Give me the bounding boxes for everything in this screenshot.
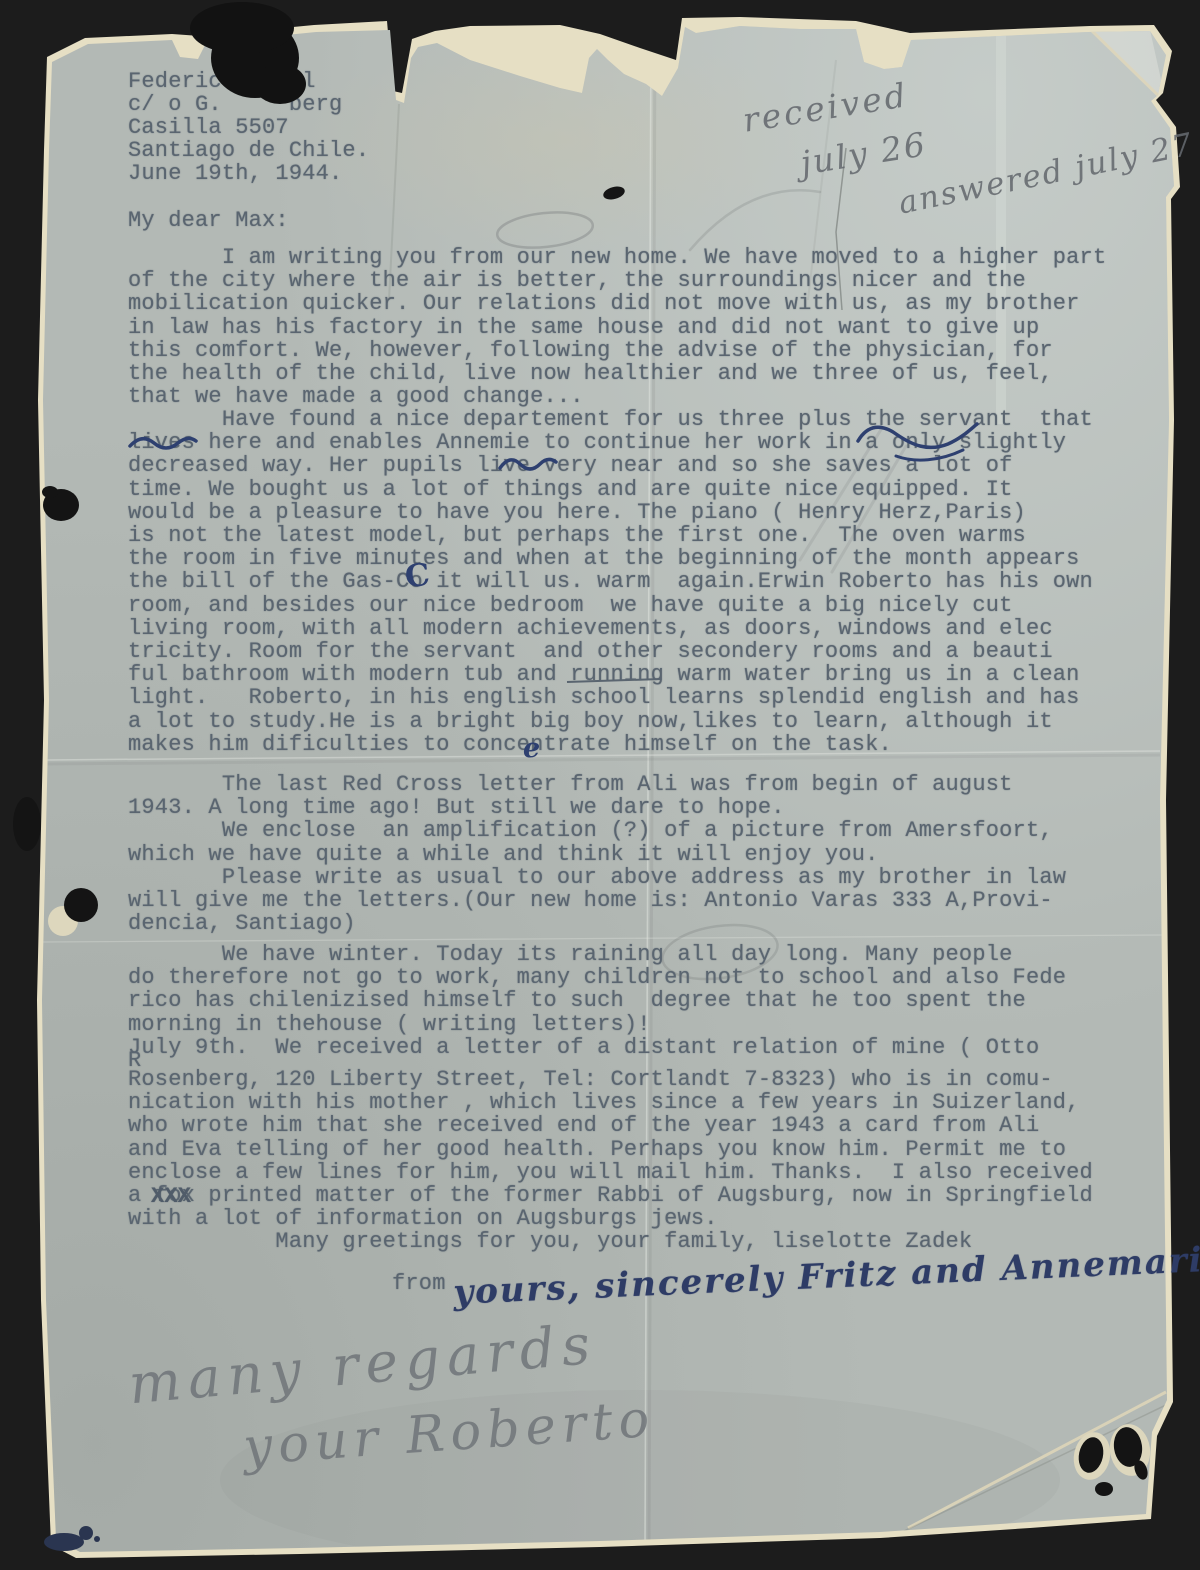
ink-correction-c: C — [403, 557, 431, 595]
received-note-line3: answered july 27 — [895, 126, 1197, 221]
received-note-line2: july 26 — [798, 124, 930, 182]
scanned-letter-page: Federic llc/ o G. bergCasilla 5507Santia… — [0, 0, 1200, 1570]
handwriting-layer: received july 26 answered july 27 yours,… — [0, 0, 1200, 1570]
regards-note-line2: your Roberto — [241, 1390, 657, 1478]
strikeout-xxx: XXX — [151, 1184, 191, 1209]
ink-correction-e: e — [523, 733, 540, 764]
ink-signature: yours, sincerely Fritz and Annemarie — [452, 1239, 1200, 1313]
